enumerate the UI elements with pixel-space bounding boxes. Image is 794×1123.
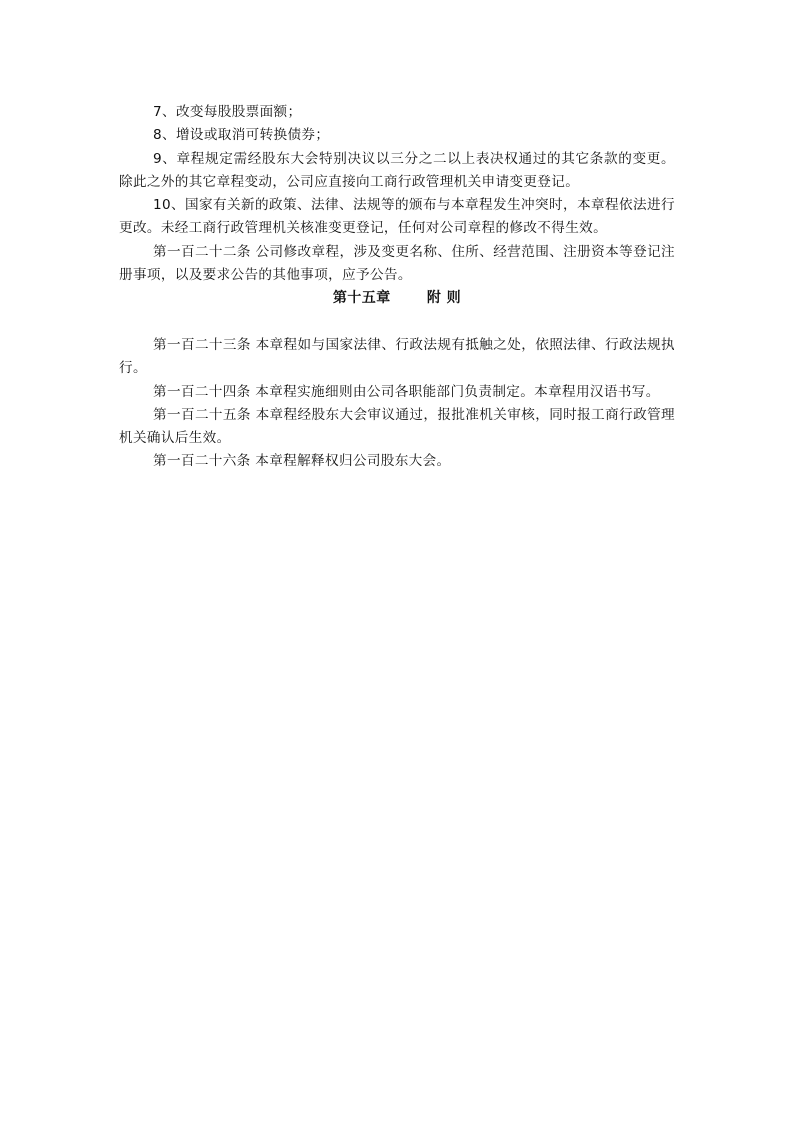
paragraph-item-9: 9、章程规定需经股东大会特别决议以三分之二以上表决权通过的其它条款的变更。除此之…	[119, 148, 675, 195]
chapter-number: 第十五章	[333, 290, 391, 306]
article-123: 第一百二十三条 本章程如与国家法律、行政法规有抵触之处，依照法律、行政法规执行。	[119, 334, 675, 381]
article-126: 第一百二十六条 本章程解释权归公司股东大会。	[119, 450, 675, 473]
chapter-heading: 第十五章附 则	[119, 287, 675, 310]
blank-line	[119, 311, 675, 334]
paragraph-item-10: 10、国家有关新的政策、法律、法规等的颁布与本章程发生冲突时，本章程依法进行更改…	[119, 194, 675, 241]
chapter-title: 附 则	[427, 290, 461, 306]
article-125: 第一百二十五条 本章程经股东大会审议通过，报批准机关审核，同时报工商行政管理机关…	[119, 404, 675, 451]
article-122: 第一百二十二条 公司修改章程，涉及变更名称、住所、经营范围、注册资本等登记注册事…	[119, 241, 675, 288]
document-page: 7、改变每股股票面额； 8、增设或取消可转换债券； 9、章程规定需经股东大会特别…	[119, 101, 675, 474]
paragraph-item-8: 8、增设或取消可转换债券；	[119, 124, 675, 147]
article-124: 第一百二十四条 本章程实施细则由公司各职能部门负责制定。本章程用汉语书写。	[119, 381, 675, 404]
paragraph-item-7: 7、改变每股股票面额；	[119, 101, 675, 124]
